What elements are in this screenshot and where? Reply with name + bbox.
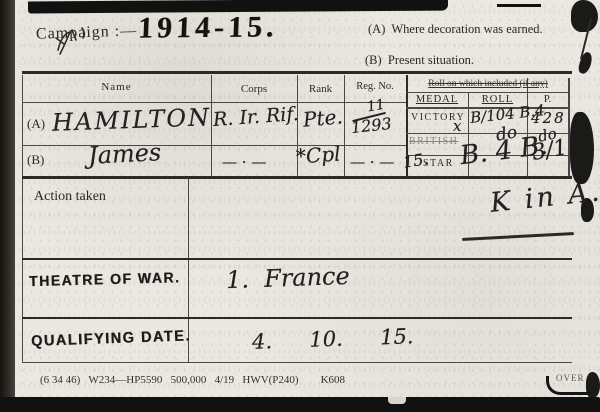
column-header-rank: Rank	[297, 83, 344, 95]
rule-rollhead-bottom	[406, 92, 570, 93]
rule-action-bottom	[22, 258, 572, 260]
medal-row-british-label: BRITISH	[409, 136, 458, 147]
row-a-rank: Pte.	[302, 104, 344, 131]
scan-edge-bottom-notch	[388, 397, 406, 404]
row-a-corps: R. Ir. Rif.	[212, 103, 299, 131]
medal-index-card: Campaign :— 1914-15. (A) Where decoratio…	[0, 0, 600, 412]
rule-table-left	[22, 75, 23, 363]
rule-theatre-bottom	[22, 317, 572, 319]
medal-row-victory-page: 428	[531, 109, 566, 127]
over-label: OVER	[556, 373, 585, 383]
column-header-reg-no: Reg. No.	[344, 81, 406, 92]
row-b-name: James	[87, 138, 162, 170]
rule-qualifying-bottom	[22, 362, 572, 363]
theatre-of-war-value: 1. France	[226, 262, 351, 294]
row-a-label: (A)	[27, 116, 45, 132]
row-b-corps: — · —	[222, 153, 266, 171]
scan-stain-right-3	[570, 112, 594, 184]
campaign-value-stamp: 1914-15.	[137, 10, 278, 45]
scan-stain-right-2	[577, 51, 594, 75]
medal-row-victory-mark: x	[453, 117, 461, 135]
row-b-reg-no: — · —	[350, 153, 394, 171]
action-taken-label: Action taken	[34, 189, 106, 205]
column-header-name: Name	[22, 81, 211, 93]
roll-subheader-medal: MEDAL	[406, 94, 468, 105]
rule-rowA-bottom	[22, 145, 406, 146]
scan-edge-bottom	[0, 397, 600, 412]
scan-stain-right-1	[571, 0, 598, 32]
row-b-label: (B)	[27, 152, 44, 168]
rule-colhead-bottom	[22, 102, 406, 103]
qualifying-date-value: 4. 10. 15.	[252, 324, 414, 354]
action-taken-underline	[462, 232, 574, 240]
medal-row-star-label: STAR	[423, 158, 454, 169]
medal-row-star-page: 3/1	[530, 135, 569, 166]
note-where-decoration: (A) Where decoration was earned.	[368, 22, 543, 37]
note-present-situation: (B) Present situation.	[365, 53, 474, 68]
print-code: (6 34 46) W234—HP5590 500,000 4/19 HWV(P…	[40, 374, 345, 386]
row-b-rank: *Cpl	[295, 141, 341, 168]
theatre-of-war-label: THEATRE OF WAR.	[29, 269, 181, 290]
scan-edge-top-fragment	[497, 4, 541, 7]
rule-rowB-bottom	[22, 176, 572, 179]
row-a-name: HAMILTON	[52, 103, 212, 137]
campaign-label: Campaign :—	[36, 22, 138, 44]
row-a-reg-no-denominator: 1293	[350, 114, 392, 137]
qualifying-date-label: QUALIFYING DATE.	[31, 328, 191, 350]
scan-edge-left	[0, 0, 15, 402]
rule-header-bottom	[22, 71, 572, 74]
column-header-corps: Corps	[211, 83, 297, 95]
roll-included-header: Roll on which included (if any)	[406, 79, 570, 89]
